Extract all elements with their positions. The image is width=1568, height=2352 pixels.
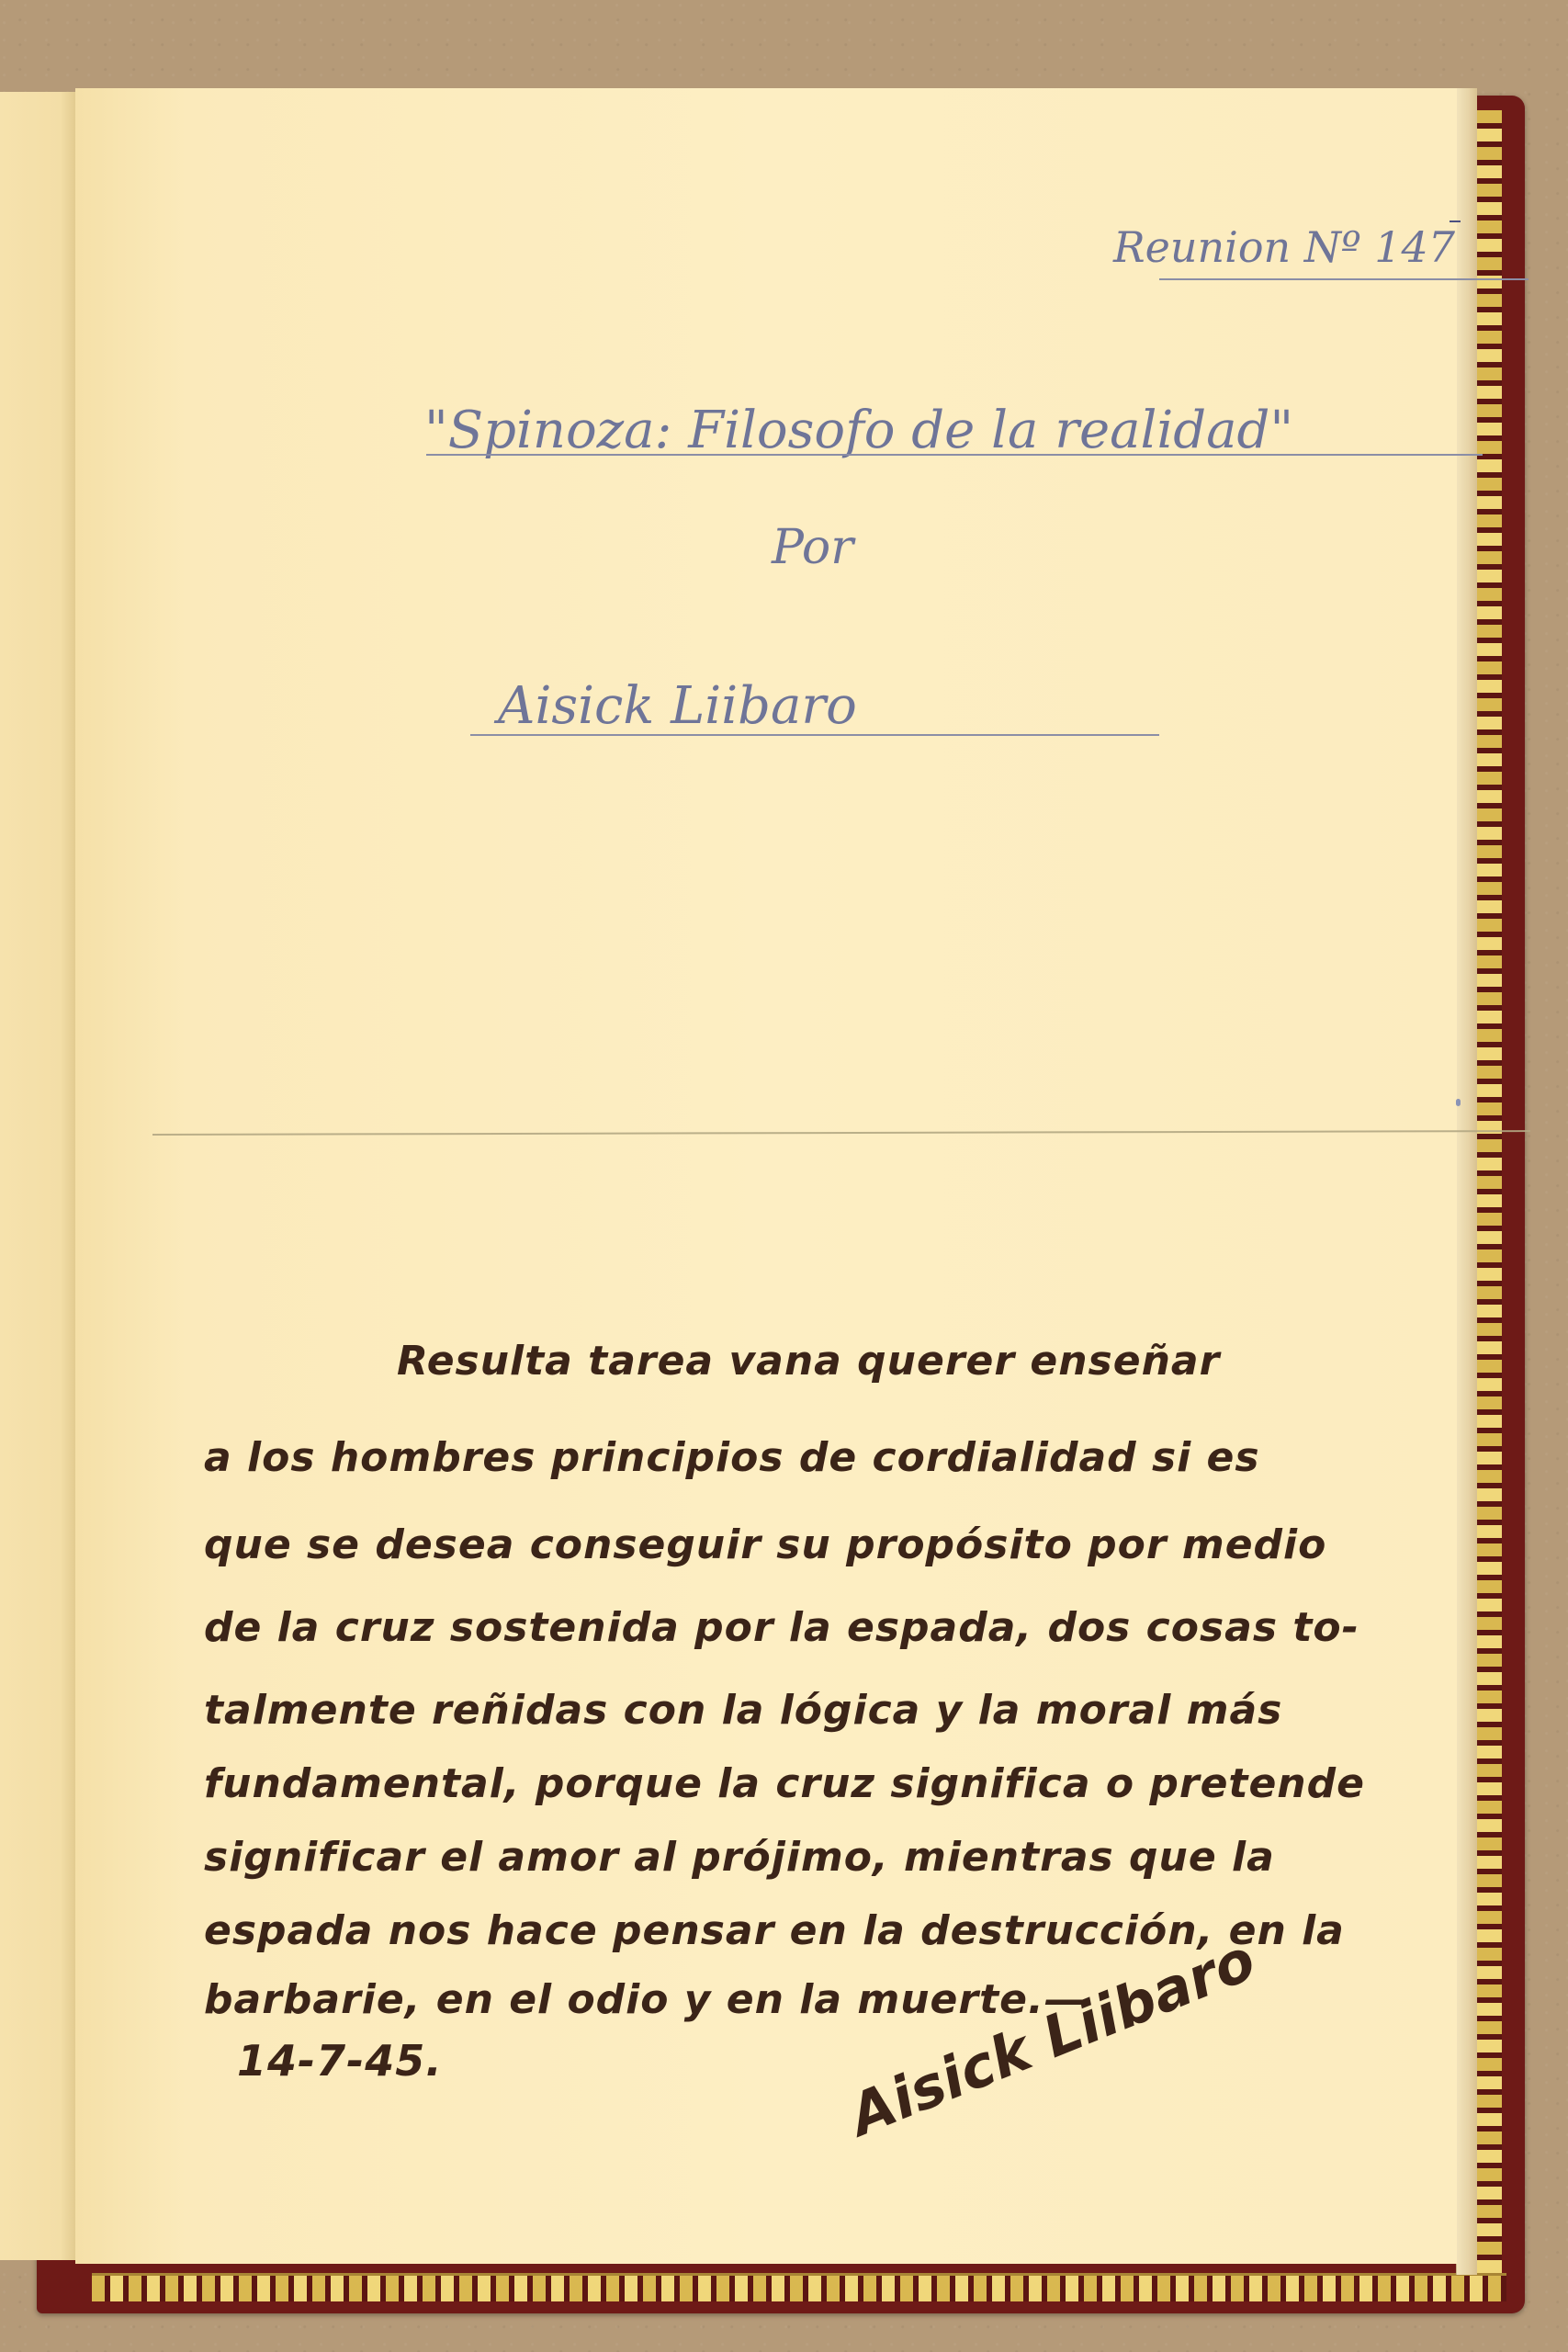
- page-marker: [1450, 220, 1461, 222]
- left-page-edge: [0, 92, 77, 2260]
- signature: Aisick Liibaro: [840, 1926, 1265, 2149]
- page-stack-edge: [1456, 88, 1477, 2275]
- entry-line: fundamental, porque la cruz significa o …: [204, 1760, 1365, 1807]
- lecture-title-underline: [426, 454, 1483, 456]
- pin-mark: [1456, 1099, 1461, 1106]
- entry-line: Resulta tarea vana querer enseñar: [397, 1338, 1220, 1385]
- entry-line: de la cruz sostenida por la espada, dos …: [204, 1604, 1359, 1651]
- meeting-number: Reunion Nº 147: [1113, 222, 1455, 272]
- entry-line: que se desea conseguir su propósito por …: [204, 1521, 1326, 1568]
- meeting-number-underline: [1159, 278, 1529, 280]
- entry-line: significar el amor al prójimo, mientras …: [204, 1834, 1275, 1881]
- lecture-title: "Spinoza: Filosofo de la realidad": [424, 401, 1293, 460]
- pencil-divider-line: [152, 1130, 1530, 1136]
- entry-line: espada nos hace pensar en la destrucción…: [204, 1907, 1345, 1954]
- by-label: Por: [772, 520, 853, 575]
- speaker-underline: [470, 734, 1159, 736]
- gilt-border-bottom: [92, 2273, 1506, 2301]
- ledger-page: Reunion Nº 147 "Spinoza: Filosofo de la …: [75, 88, 1457, 2264]
- entry-line: barbarie, en el odio y en la muerte.—: [204, 1976, 1086, 2023]
- entry-date: 14-7-45.: [237, 2036, 443, 2086]
- entry-line: talmente reñidas con la lógica y la mora…: [204, 1687, 1282, 1734]
- entry-line: a los hombres principios de cordialidad …: [204, 1434, 1260, 1481]
- speaker-name: Aisick Liibaro: [498, 676, 857, 736]
